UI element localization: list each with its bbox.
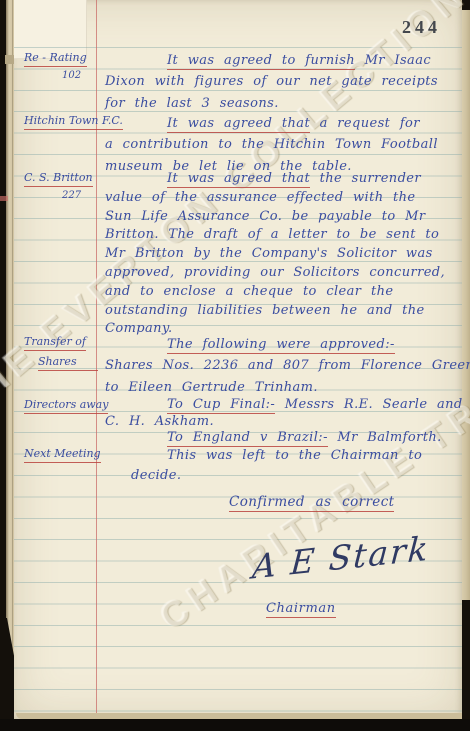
line-text: Messrs R.E. Searle and [275,397,462,412]
minute-line: for the last 3 seasons. [105,93,462,114]
minute-line: C. H. Askham. [105,414,462,431]
line-text: Dixon with figures of our net gate recei… [105,74,438,89]
minute-line: Dixon with figures of our net gate recei… [105,71,462,92]
minute-line: This was left to the Chairman to [105,446,462,466]
underlined-phrase: It was agreed that [167,116,310,133]
line-text: to Eileen Gertrude Trinham. [105,380,318,395]
margin-heading: Shares [38,355,98,371]
margin-note: Hitchin Town F.C. [24,114,98,130]
margin-note: C. S. Britton227 [24,171,98,203]
minute-line: Shares Nos. 2236 and 807 from Florence G… [105,355,462,376]
minute-line: value of the assurance effected with the [105,189,462,208]
book-bottom-dark-edge [0,719,470,731]
margin-reference-number: 102 [62,69,98,83]
margin-heading: Re - Rating [24,51,87,67]
minute-text: It was agreed that the surrendervalue of… [105,170,462,339]
margin-heading: Transfer of [24,335,86,351]
line-text: outstanding liabilities between he and t… [105,303,425,318]
underlined-phrase: It was agreed that [167,171,310,188]
line-text: Mr Balmforth. [328,430,442,445]
margin-note: Re - Rating102 [24,51,98,83]
minute-text: It was agreed that a request fora contri… [105,113,462,177]
line-text: a request for [310,116,420,131]
minute-line: It was agreed that a request for [105,113,462,134]
line-text: C. H. Askham. [105,414,214,429]
minute-text: The following were approved:-Shares Nos.… [105,334,462,398]
minute-line: to Eileen Gertrude Trinham. [105,377,462,398]
minute-text: It was agreed to furnish Mr IsaacDixon w… [105,50,462,114]
line-text: approved, providing our Solicitors concu… [105,265,445,280]
minute-line: and to enclose a cheque to clear the [105,283,462,302]
line-text: Britton. The draft of a letter to be sen… [105,227,439,242]
margin-note: Next Meeting [24,447,98,463]
page-number: 244 [402,17,441,38]
minute-line: It was agreed to furnish Mr Isaac [105,50,462,71]
underlined-phrase: The following were approved:- [167,337,395,354]
notebook-page: THE EVERTON COLLECTION CHARITABLE TRUST … [14,0,462,719]
minute-line: Sun Life Assurance Co. be payable to Mr [105,208,462,227]
minute-line: Mr Britton by the Company's Solicitor wa… [105,245,462,264]
line-text: decide. [131,468,181,483]
minute-text: This was left to the Chairman todecide. [105,446,462,486]
minute-line: decide. [105,466,462,486]
page-edge-line [12,0,13,720]
minute-line: outstanding liabilities between he and t… [105,302,462,321]
margin-heading: C. S. Britton [24,171,93,187]
line-text: Mr Isaac [355,53,431,68]
line-text: Sun Life Assurance Co. be payable to Mr [105,209,426,224]
minute-text: To Cup Final:- Messrs R.E. Searle andC. … [105,397,462,447]
minute-line: The following were approved:- [105,334,462,355]
margin-heading: Next Meeting [24,447,101,463]
margin-note: Directors away [24,398,98,414]
line-text: value of the assurance effected with the [105,190,416,205]
underlined-phrase: It was agreed to furnish [167,53,355,70]
minute-line: approved, providing our Solicitors concu… [105,264,462,283]
margin-note: Transfer ofShares [24,335,98,371]
minute-line: a contribution to the Hitchin Town Footb… [105,134,462,155]
line-text: and to enclose a cheque to clear the [105,284,393,299]
minute-line: Britton. The draft of a letter to be sen… [105,226,462,245]
line-text: Shares Nos. 2236 and 807 from Florence G… [105,358,470,373]
underlined-phrase: To England v Brazil:- [167,430,328,447]
line-text: a contribution to the Hitchin Town Footb… [105,137,438,152]
margin-line-edge-mark [0,196,8,201]
line-text: Mr Britton by the Company's Solicitor wa… [105,246,433,261]
line-text: the surrender [310,171,421,186]
margin-heading: Directors away [24,398,108,414]
line-text: This was left to the Chairman to [167,448,422,463]
margin-reference-number: 227 [62,189,98,203]
minute-line: To Cup Final:- Messrs R.E. Searle and [105,397,462,414]
line-text: for the last 3 seasons. [105,96,279,111]
minute-line: To England v Brazil:- Mr Balmforth. [105,430,462,447]
minute-line: It was agreed that the surrender [105,170,462,189]
confirmed-as-correct: Confirmed as correct [229,494,394,512]
minute-book-page: THE EVERTON COLLECTION CHARITABLE TRUST … [0,0,470,731]
chairman-label: Chairman [266,601,336,618]
underlined-phrase: To Cup Final:- [167,397,275,414]
